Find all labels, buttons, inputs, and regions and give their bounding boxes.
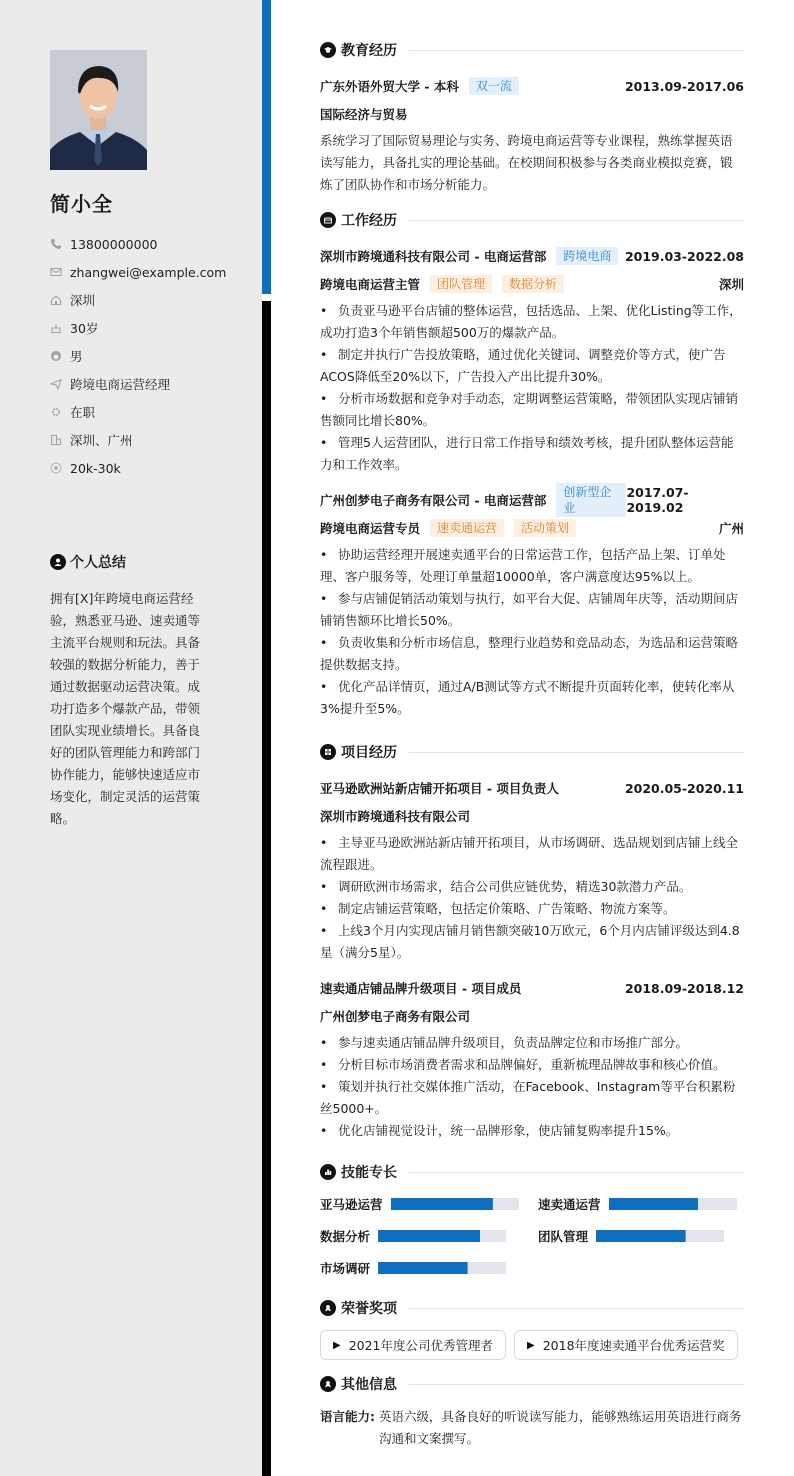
skill-item: 亚马逊运营 — [320, 1194, 538, 1214]
candidate-name: 简小全 — [50, 188, 113, 217]
awards-title: 荣誉奖项 — [341, 1298, 397, 1318]
info-item-phone: 13800000000 — [50, 230, 226, 258]
work-city: 深圳 — [719, 275, 744, 293]
other-label: 语言能力: — [320, 1406, 375, 1450]
phone-text: 13800000000 — [70, 237, 157, 252]
skill-bar — [391, 1198, 519, 1210]
projects-title: 项目经历 — [341, 742, 397, 762]
mail-icon — [50, 266, 62, 278]
company-tag: 跨境电商 — [556, 247, 618, 265]
award-item: ▶ 2021年度公司优秀管理者 — [320, 1330, 506, 1360]
work-bullet: •管理5人运营团队，进行日常工作指导和绩效考核，提升团队整体运营能力和工作效率。 — [320, 432, 744, 476]
skill-tag: 数据分析 — [502, 275, 564, 293]
project-date: 2018.09-2018.12 — [625, 981, 744, 996]
skill-label: 数据分析 — [320, 1227, 370, 1245]
other-value: 英语六级，具备良好的听说读写能力，能够熟练运用英语进行商务沟通和文案撰写。 — [379, 1406, 744, 1450]
info-item-email: zhangwei@example.com — [50, 258, 226, 286]
info-item-cities: 深圳、广州 — [50, 426, 226, 454]
job-role: 跨境电商运营主管 — [320, 275, 420, 293]
work-bullet: •制定并执行广告投放策略，通过优化关键词、调整竞价等方式，使广告ACOS降低至2… — [320, 344, 744, 388]
info-item-salary: 20k-30k — [50, 454, 226, 482]
project-bullet: •上线3个月内实现店铺月销售额突破10万欧元，6个月内店铺评级达到4.8星（满分… — [320, 920, 744, 964]
work-bullet: •负责亚马逊平台店铺的整体运营，包括选品、上架、优化Listing等工作，成功打… — [320, 300, 744, 344]
company-name: 广州创梦电子商务有限公司 - 电商运营部 — [320, 491, 546, 509]
award-icon — [320, 1300, 336, 1316]
cake-icon — [50, 322, 62, 334]
summary-text: 拥有[X]年跨境电商运营经验，熟悉亚马逊、速卖通等主流平台规则和玩法。具备较强的… — [50, 588, 212, 830]
project-company: 广州创梦电子商务有限公司 — [320, 1007, 470, 1025]
other-title: 其他信息 — [341, 1374, 397, 1394]
summary-title: 个人总结 — [70, 552, 126, 572]
briefcase-icon — [320, 212, 336, 228]
salary-icon — [50, 462, 62, 474]
award-item: ▶ 2018年度速卖通平台优秀运营奖 — [514, 1330, 738, 1360]
info-item-age: 30岁 — [50, 314, 226, 342]
accent-bar — [262, 0, 271, 294]
project-name: 速卖通店铺品牌升级项目 - 项目成员 — [320, 979, 521, 997]
avatar — [50, 50, 147, 170]
project-company: 深圳市跨境通科技有限公司 — [320, 807, 470, 825]
skill-label: 亚马逊运营 — [320, 1195, 383, 1213]
education-date: 2013.09-2017.06 — [625, 79, 744, 94]
skill-item: 速卖通运营 — [538, 1194, 744, 1214]
company-name: 深圳市跨境通科技有限公司 - 电商运营部 — [320, 247, 546, 265]
work-city: 广州 — [719, 519, 744, 537]
target-role-text: 跨境电商运营经理 — [70, 375, 170, 393]
triangle-right-icon: ▶ — [333, 1340, 341, 1351]
projects-heading: 项目经历 — [320, 740, 744, 764]
info-item-gender: 男 — [50, 342, 226, 370]
skill-item: 团队管理 — [538, 1226, 744, 1246]
work-bullet: •分析市场数据和竞争对手动态，定期调整运营策略，带领团队实现店铺销售额同比增长8… — [320, 388, 744, 432]
project-name: 亚马逊欧洲站新店铺开拓项目 - 项目负责人 — [320, 779, 559, 797]
award-label: 2018年度速卖通平台优秀运营奖 — [543, 1336, 725, 1354]
section-divider — [409, 50, 744, 51]
other-heading: 其他信息 — [320, 1372, 744, 1396]
awards-list: ▶ 2021年度公司优秀管理者 ▶ 2018年度速卖通平台优秀运营奖 — [320, 1330, 744, 1360]
award-label: 2021年度公司优秀管理者 — [349, 1336, 493, 1354]
school-name: 广东外语外贸大学 - 本科 — [320, 77, 459, 95]
project-date: 2020.05-2020.11 — [625, 781, 744, 796]
award-icon — [320, 1376, 336, 1392]
work-date: 2019.03-2022.08 — [625, 249, 744, 264]
work-heading: 工作经历 — [320, 208, 744, 232]
info-item-target-role: 跨境电商运营经理 — [50, 370, 226, 398]
work-title: 工作经历 — [341, 210, 397, 230]
work-date: 2017.07-2019.02 — [626, 485, 744, 515]
graduation-cap-icon — [320, 42, 336, 58]
cities-text: 深圳、广州 — [70, 431, 133, 449]
location-text: 深圳 — [70, 291, 95, 309]
skill-item: 市场调研 — [320, 1258, 538, 1278]
other-item: 语言能力: 英语六级，具备良好的听说读写能力，能够熟练运用英语进行商务沟通和文案… — [320, 1406, 744, 1450]
project-item: 亚马逊欧洲站新店铺开拓项目 - 项目负责人 2020.05-2020.11 深圳… — [320, 774, 744, 964]
work-item: 广州创梦电子商务有限公司 - 电商运营部 创新型企业 2017.07-2019.… — [320, 486, 744, 720]
accent-bar-gap — [262, 294, 271, 301]
triangle-right-icon: ▶ — [527, 1340, 535, 1351]
project-bullet: •分析目标市场消费者需求和品牌偏好，重新梳理品牌故事和核心价值。 — [320, 1054, 744, 1076]
gender-icon — [50, 350, 62, 362]
summary-heading: 个人总结 — [50, 552, 126, 572]
work-bullet: •优化产品详情页，通过A/B测试等方式不断提升页面转化率，使转化率从3%提升至5… — [320, 676, 744, 720]
project-item: 速卖通店铺品牌升级项目 - 项目成员 2018.09-2018.12 广州创梦电… — [320, 974, 744, 1142]
education-item: 广东外语外贸大学 - 本科 双一流 2013.09-2017.06 国际经济与贸… — [320, 72, 744, 196]
main-content: 教育经历 广东外语外贸大学 - 本科 双一流 2013.09-2017.06 国… — [320, 38, 744, 1450]
info-item-status: 在职 — [50, 398, 226, 426]
awards-heading: 荣誉奖项 — [320, 1296, 744, 1320]
building-icon — [50, 434, 62, 446]
project-bullet: •制定店铺运营策略，包括定价策略、广告策略、物流方案等。 — [320, 898, 744, 920]
job-role: 跨境电商运营专员 — [320, 519, 420, 537]
project-bullet: •主导亚马逊欧洲站新店铺开拓项目，从市场调研、选品规划到店铺上线全流程跟进。 — [320, 832, 744, 876]
major: 国际经济与贸易 — [320, 105, 408, 123]
skill-label: 速卖通运营 — [538, 1195, 601, 1213]
skill-bar — [596, 1230, 724, 1242]
skills-title: 技能专长 — [341, 1162, 397, 1182]
gender-text: 男 — [70, 347, 83, 365]
work-item: 深圳市跨境通科技有限公司 - 电商运营部 跨境电商 2019.03-2022.0… — [320, 242, 744, 476]
info-item-location: 深圳 — [50, 286, 226, 314]
section-divider — [409, 1172, 744, 1173]
send-icon — [50, 378, 62, 390]
project-bullet: •优化店铺视觉设计，统一品牌形象，使店铺复购率提升15%。 — [320, 1120, 744, 1142]
skill-bar — [378, 1230, 506, 1242]
education-heading: 教育经历 — [320, 38, 744, 62]
bar-chart-icon — [320, 1164, 336, 1180]
phone-icon — [50, 238, 62, 250]
skills-heading: 技能专长 — [320, 1160, 744, 1184]
section-divider — [409, 752, 744, 753]
company-tag: 创新型企业 — [556, 483, 626, 517]
age-text: 30岁 — [70, 319, 98, 337]
dark-bar — [262, 301, 271, 1476]
section-divider — [409, 1384, 744, 1385]
skill-item: 数据分析 — [320, 1226, 538, 1246]
status-text: 在职 — [70, 403, 95, 421]
grid-icon — [320, 744, 336, 760]
salary-text: 20k-30k — [70, 461, 121, 476]
skill-tag: 活动策划 — [514, 519, 576, 537]
project-bullet: •调研欧洲市场需求，结合公司供应链优势，精选30款潜力产品。 — [320, 876, 744, 898]
section-divider — [409, 1308, 744, 1309]
skill-label: 团队管理 — [538, 1227, 588, 1245]
skills-grid: 亚马逊运营 速卖通运营 数据分析 团队管理 市场调研 — [320, 1194, 744, 1278]
education-title: 教育经历 — [341, 40, 397, 60]
skill-tag: 速卖通运营 — [430, 519, 504, 537]
school-tag: 双一流 — [469, 77, 519, 95]
section-divider — [409, 220, 744, 221]
contact-info-list: 13800000000 zhangwei@example.com 深圳 30岁 … — [50, 230, 226, 482]
skill-bar — [609, 1198, 737, 1210]
skill-bar — [378, 1262, 506, 1274]
project-bullet: •参与速卖通店铺品牌升级项目，负责品牌定位和市场推广部分。 — [320, 1032, 744, 1054]
skill-label: 市场调研 — [320, 1259, 370, 1277]
home-icon — [50, 294, 62, 306]
status-icon — [50, 406, 62, 418]
education-description: 系统学习了国际贸易理论与实务、跨境电商运营等专业课程，熟练掌握英语读写能力，具备… — [320, 130, 744, 196]
work-bullet: •负责收集和分析市场信息，整理行业趋势和竞品动态，为选品和运营策略提供数据支持。 — [320, 632, 744, 676]
work-bullet: •参与店铺促销活动策划与执行，如平台大促、店铺周年庆等，活动期间店铺销售额环比增… — [320, 588, 744, 632]
email-text: zhangwei@example.com — [70, 265, 226, 280]
skill-tag: 团队管理 — [430, 275, 492, 293]
user-icon — [50, 554, 66, 570]
project-bullet: •策划并执行社交媒体推广活动，在Facebook、Instagram等平台积累粉… — [320, 1076, 744, 1120]
work-bullet: •协助运营经理开展速卖通平台的日常运营工作，包括产品上架、订单处理、客户服务等，… — [320, 544, 744, 588]
